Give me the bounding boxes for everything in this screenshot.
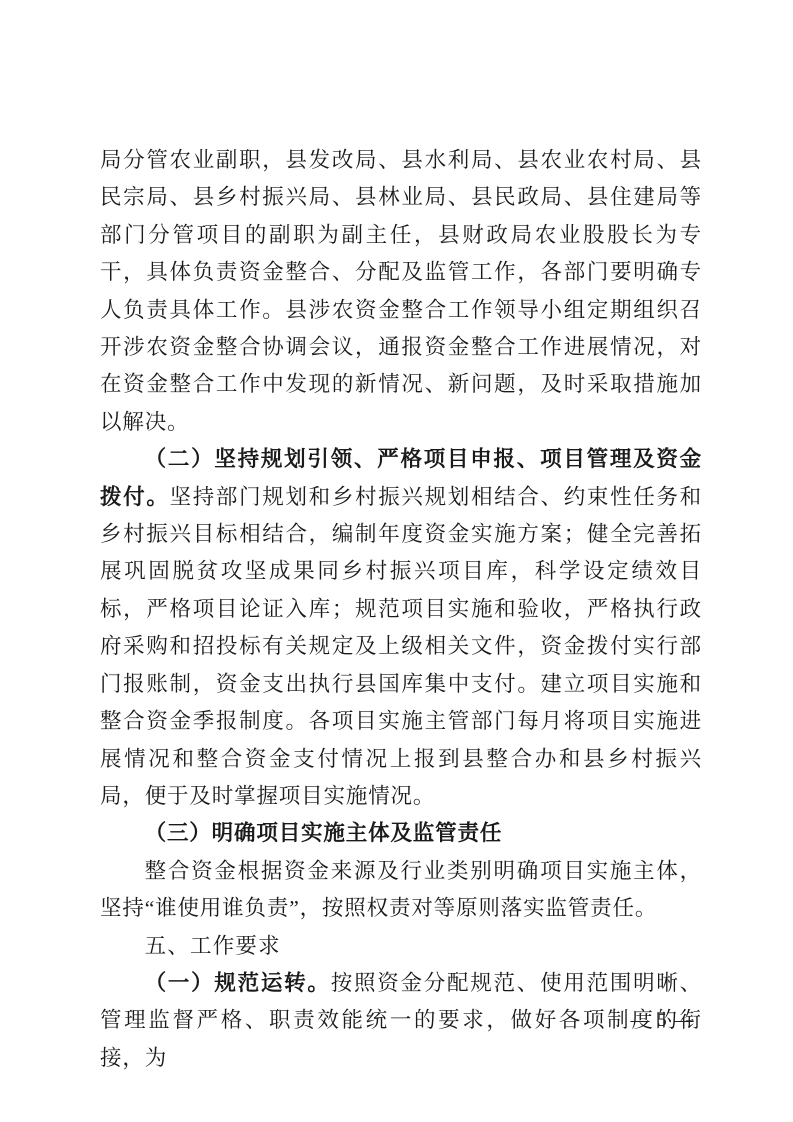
section-3-heading: （三）明确项目实施主体及监管责任 — [100, 815, 702, 852]
page-number: — 5 — — [631, 1010, 696, 1032]
section-3-paragraph: 整合资金根据资金来源及行业类别明确项目实施主体，坚持“谁使用谁负责”，按照权责对… — [100, 853, 702, 928]
body-paragraph-continuation: 局分管农业副职，县发改局、县水利局、县农业农村局、县民宗局、县乡村振兴局、县林业… — [100, 142, 702, 441]
section-2-body-text: 坚持部门规划和乡村振兴规划相结合、约束性任务和乡村振兴目标相结合，编制年度资金实… — [100, 485, 702, 808]
section-3-body-text: 整合资金根据资金来源及行业类别明确项目实施主体，坚持“谁使用谁负责”，按照权责对… — [100, 859, 702, 920]
requirement-1-heading-text: （一）规范运转。 — [145, 971, 331, 995]
chapter-5-heading: 五、工作要求 — [100, 928, 702, 965]
requirement-1-paragraph: （一）规范运转。按照资金分配规范、使用范围明晰、管理监督严格、职责效能统一的要求… — [100, 965, 702, 1077]
chapter-5-heading-text: 五、工作要求 — [145, 934, 281, 958]
document-body: 局分管农业副职，县发改局、县水利局、县农业农村局、县民宗局、县乡村振兴局、县林业… — [100, 142, 702, 1077]
section-3-heading-text: （三）明确项目实施主体及监管责任 — [145, 821, 503, 845]
section-2-paragraph: （二）坚持规划引领、严格项目申报、项目管理及资金拨付。坚持部门规划和乡村振兴规划… — [100, 441, 702, 815]
paragraph-text: 局分管农业副职，县发改局、县水利局、县农业农村局、县民宗局、县乡村振兴局、县林业… — [100, 148, 702, 434]
document-page: 局分管农业副职，县发改局、县水利局、县农业农村局、县民宗局、县乡村振兴局、县林业… — [0, 0, 793, 1122]
